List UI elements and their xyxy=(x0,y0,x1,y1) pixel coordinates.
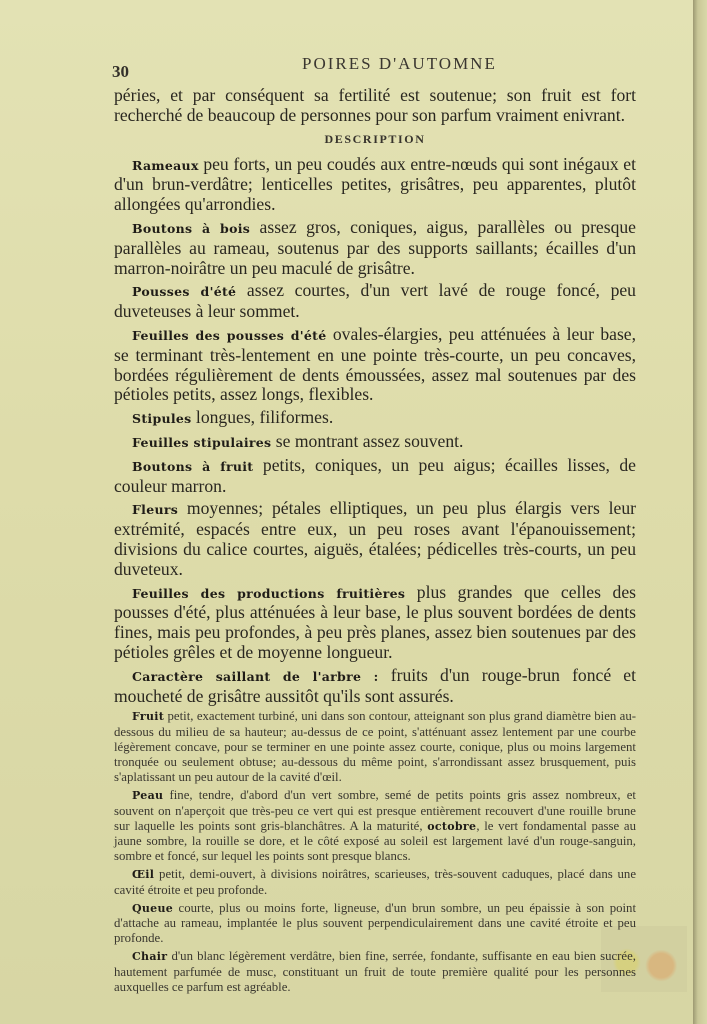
entry-text: longues, filiformes. xyxy=(192,407,334,427)
entry-term: Queue xyxy=(132,902,173,915)
entry-term: Feuilles des productions fruitières xyxy=(132,586,405,601)
page-gutter-shadow xyxy=(693,0,707,1024)
entry-fleurs: Fleurs moyennes; pétales elliptiques, un… xyxy=(114,499,636,579)
entry-term-inline: octobre xyxy=(427,820,476,833)
entry-term: Feuilles des pousses d'été xyxy=(132,328,326,343)
entry-term: Boutons à bois xyxy=(132,221,250,236)
entry-caractere-saillant: Caractère saillant de l'arbre : fruits d… xyxy=(114,666,636,707)
entry-term: Boutons à fruit xyxy=(132,459,253,474)
entry-term: Stipules xyxy=(132,411,192,426)
entry-text: courte, plus ou moins forte, ligneuse, d… xyxy=(114,901,636,945)
entry-text: moyennes; pétales elliptiques, un peu pl… xyxy=(114,498,636,578)
entry-stipules: Stipules longues, filiformes. xyxy=(114,408,636,429)
section-heading: DESCRIPTION xyxy=(114,132,636,147)
entry-term: Pousses d'été xyxy=(132,284,236,299)
entry-peau: Peau fine, tendre, d'abord d'un vert som… xyxy=(114,788,636,864)
page-number: 30 xyxy=(112,62,129,82)
entry-pousses-d-ete: Pousses d'été assez courtes, d'un vert l… xyxy=(114,281,636,322)
running-title: POIRES D'AUTOMNE xyxy=(302,54,497,74)
entry-chair: Chair d'un blanc légèrement verdâtre, bi… xyxy=(114,949,636,995)
entry-text: se montrant assez souvent. xyxy=(271,431,463,451)
entry-term: Œil xyxy=(132,868,154,881)
entry-boutons-a-fruit: Boutons à fruit petits, coniques, un peu… xyxy=(114,456,636,497)
entry-term: Caractère saillant de l'arbre : xyxy=(132,669,379,684)
entry-term: Fruit xyxy=(132,710,164,723)
fruit-description: Fruit petit, exactement turbiné, uni dan… xyxy=(114,709,636,995)
entry-rameaux: Rameaux peu forts, un peu coudés aux ent… xyxy=(114,155,636,215)
entry-feuilles-pousses: Feuilles des pousses d'été ovales-élargi… xyxy=(114,325,636,405)
entry-text: petit, exactement turbiné, uni dans son … xyxy=(114,709,636,784)
entry-queue: Queue courte, plus ou moins forte, ligne… xyxy=(114,901,636,947)
entry-term: Rameaux xyxy=(132,158,199,173)
page-header: 30 POIRES D'AUTOMNE xyxy=(112,52,642,76)
intro-paragraph: péries, et par conséquent sa fertilité e… xyxy=(114,86,636,126)
entry-oeil: Œil petit, demi-ouvert, à divisions noir… xyxy=(114,867,636,897)
entry-term: Fleurs xyxy=(132,502,178,517)
entry-text: petit, demi-ouvert, à divisions noirâtre… xyxy=(114,867,636,896)
page-body: péries, et par conséquent sa fertilité e… xyxy=(114,86,636,998)
entry-boutons-a-bois: Boutons à bois assez gros, coniques, aig… xyxy=(114,218,636,278)
entry-feuilles-productions: Feuilles des productions fruitières plus… xyxy=(114,583,636,663)
entry-text: d'un blanc légèrement verdâtre, bien fin… xyxy=(114,949,636,993)
entry-term: Chair xyxy=(132,950,167,963)
entry-fruit: Fruit petit, exactement turbiné, uni dan… xyxy=(114,709,636,785)
entry-feuilles-stipulaires: Feuilles stipulaires se montrant assez s… xyxy=(114,432,636,453)
entry-term: Feuilles stipulaires xyxy=(132,435,271,450)
entry-term: Peau xyxy=(132,789,163,802)
